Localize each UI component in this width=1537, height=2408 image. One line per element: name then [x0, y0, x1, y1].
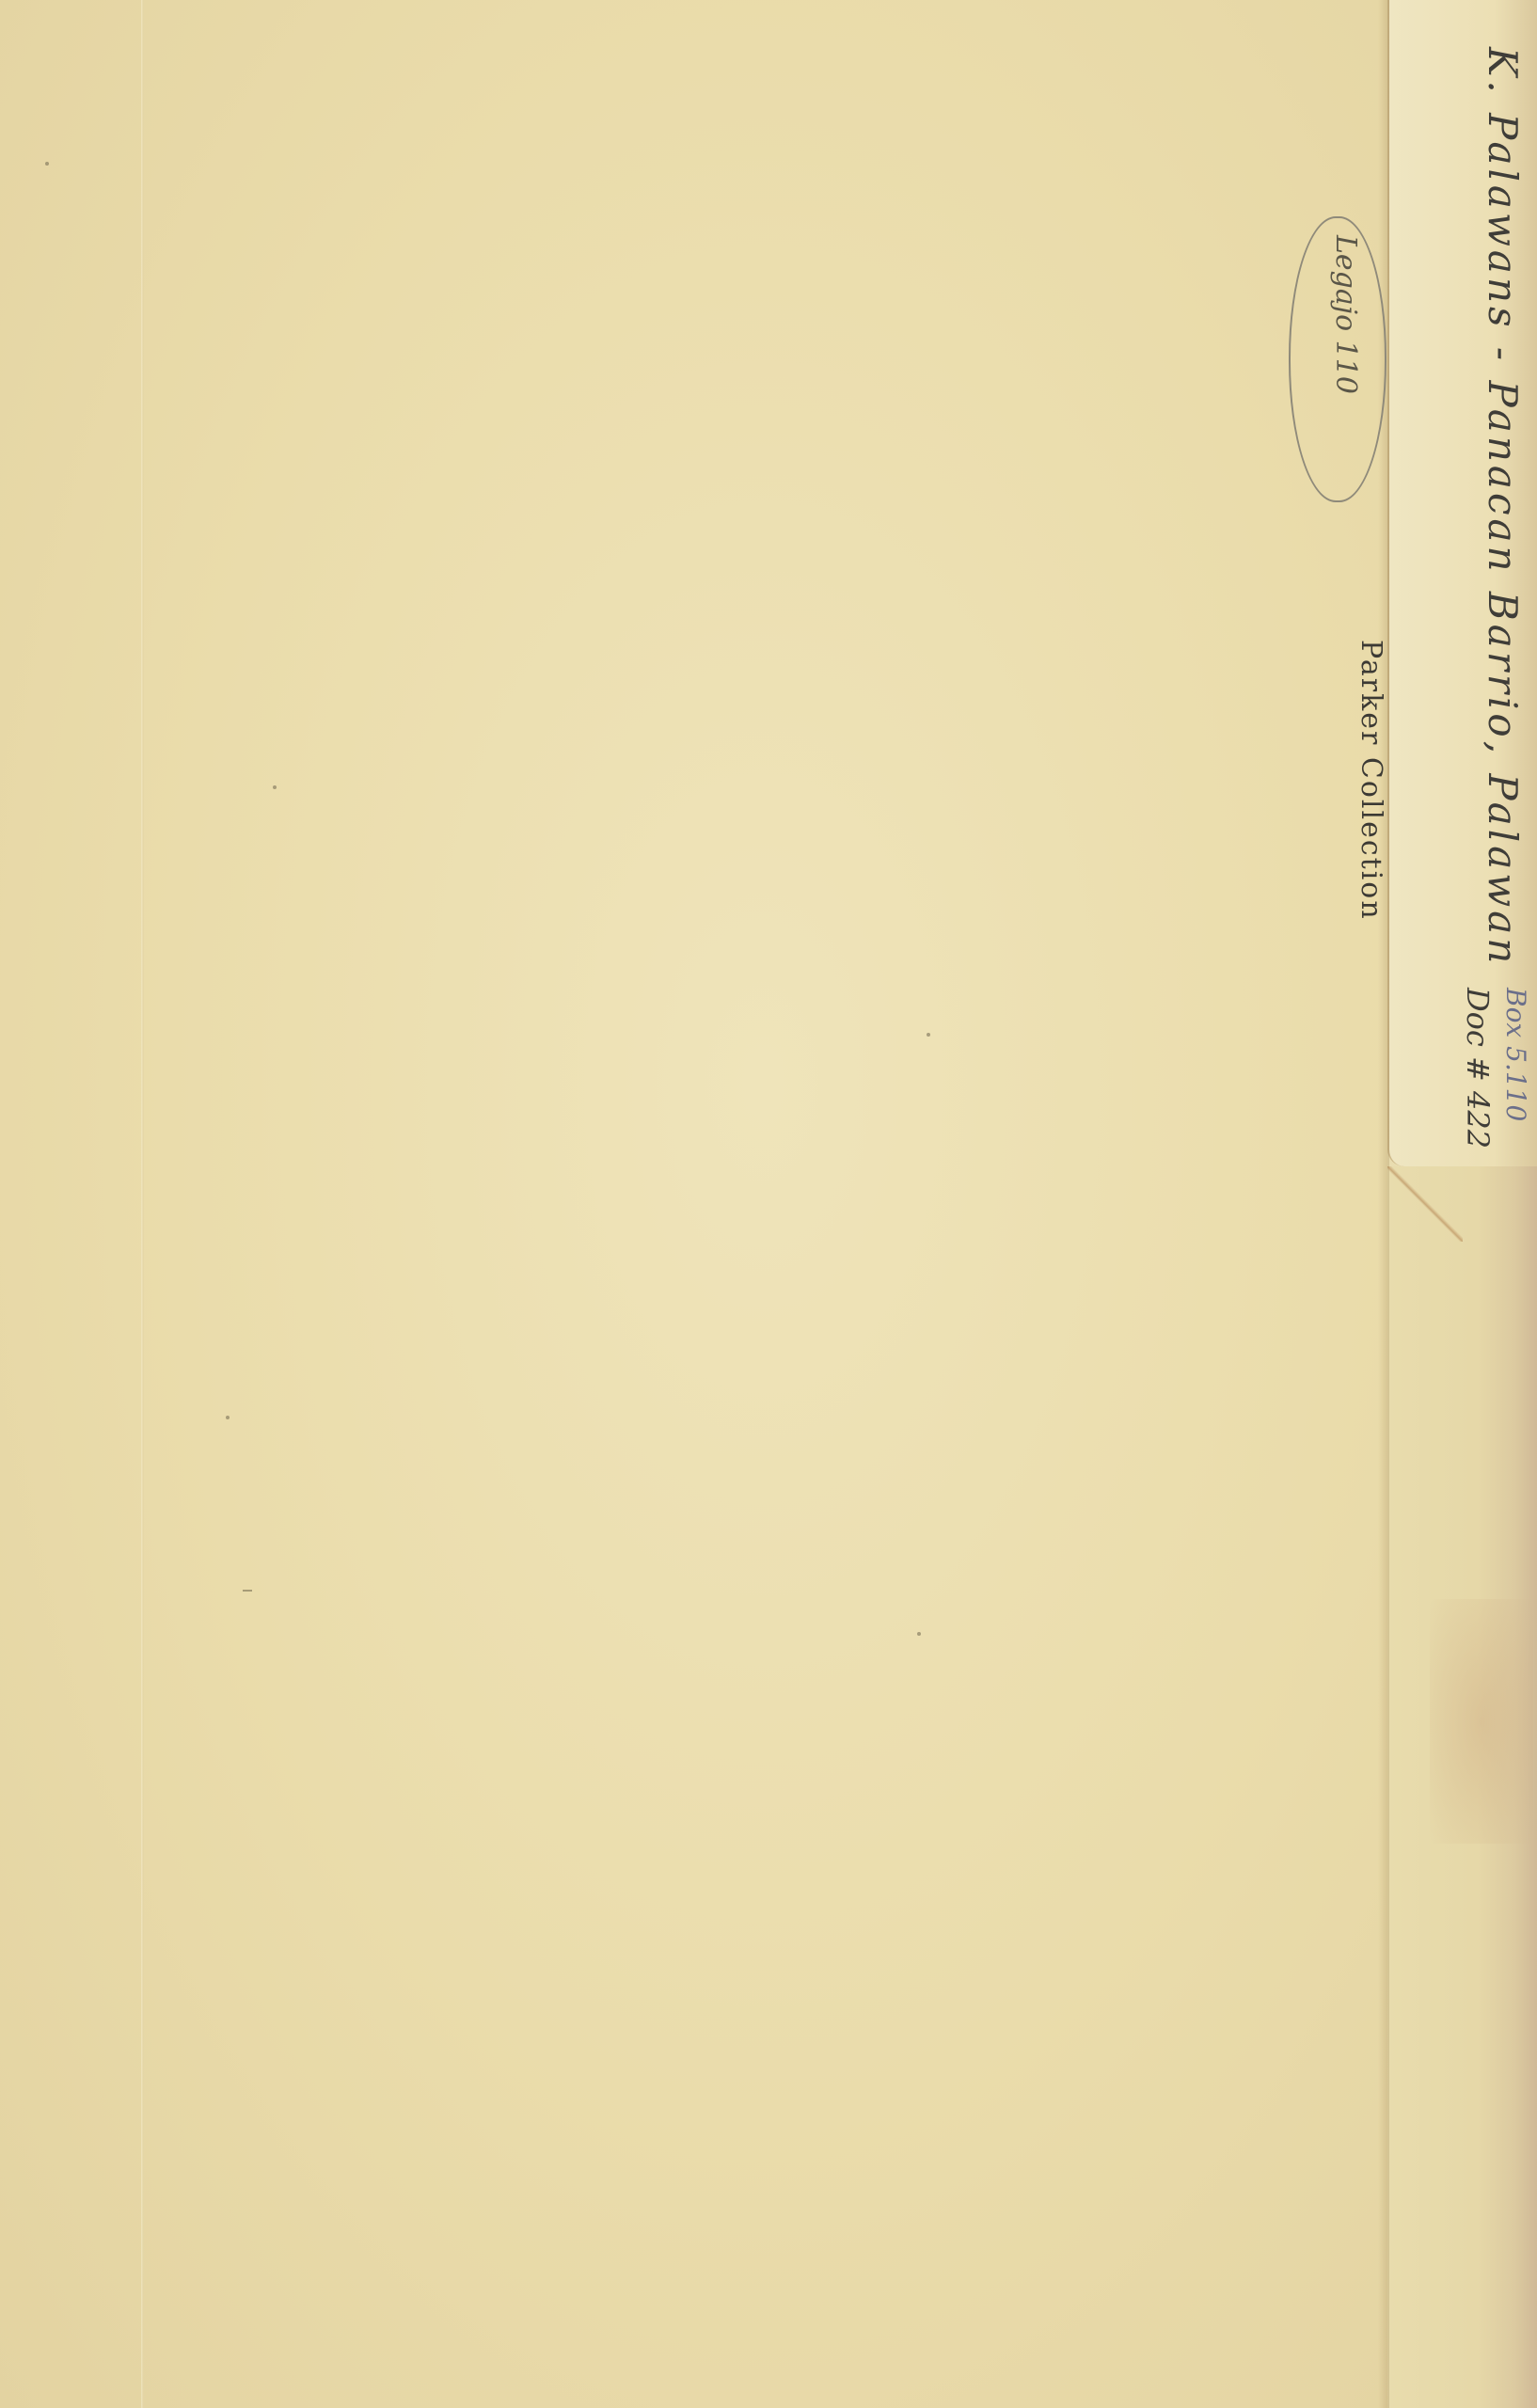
box-reference: Box 5.110 — [1500, 988, 1531, 1121]
collection-label: Parker Collection — [1355, 640, 1387, 921]
folder-crease — [141, 0, 144, 2408]
folder-body — [0, 0, 1387, 2408]
paper-speck — [226, 1416, 230, 1419]
circled-label: Legajo 110 — [1329, 235, 1362, 394]
folder-tab-corner — [1387, 1166, 1463, 1242]
paper-speck — [917, 1632, 921, 1636]
paper-stain — [1430, 1599, 1533, 1844]
paper-speck — [927, 1033, 930, 1037]
paper-speck — [45, 162, 49, 166]
tab-title: K. Palawans - Panacan Barrio, Palawan — [1480, 47, 1526, 967]
paper-speck — [243, 1590, 252, 1592]
paper-speck — [273, 785, 277, 789]
doc-number: Doc # 422 — [1460, 988, 1496, 1149]
